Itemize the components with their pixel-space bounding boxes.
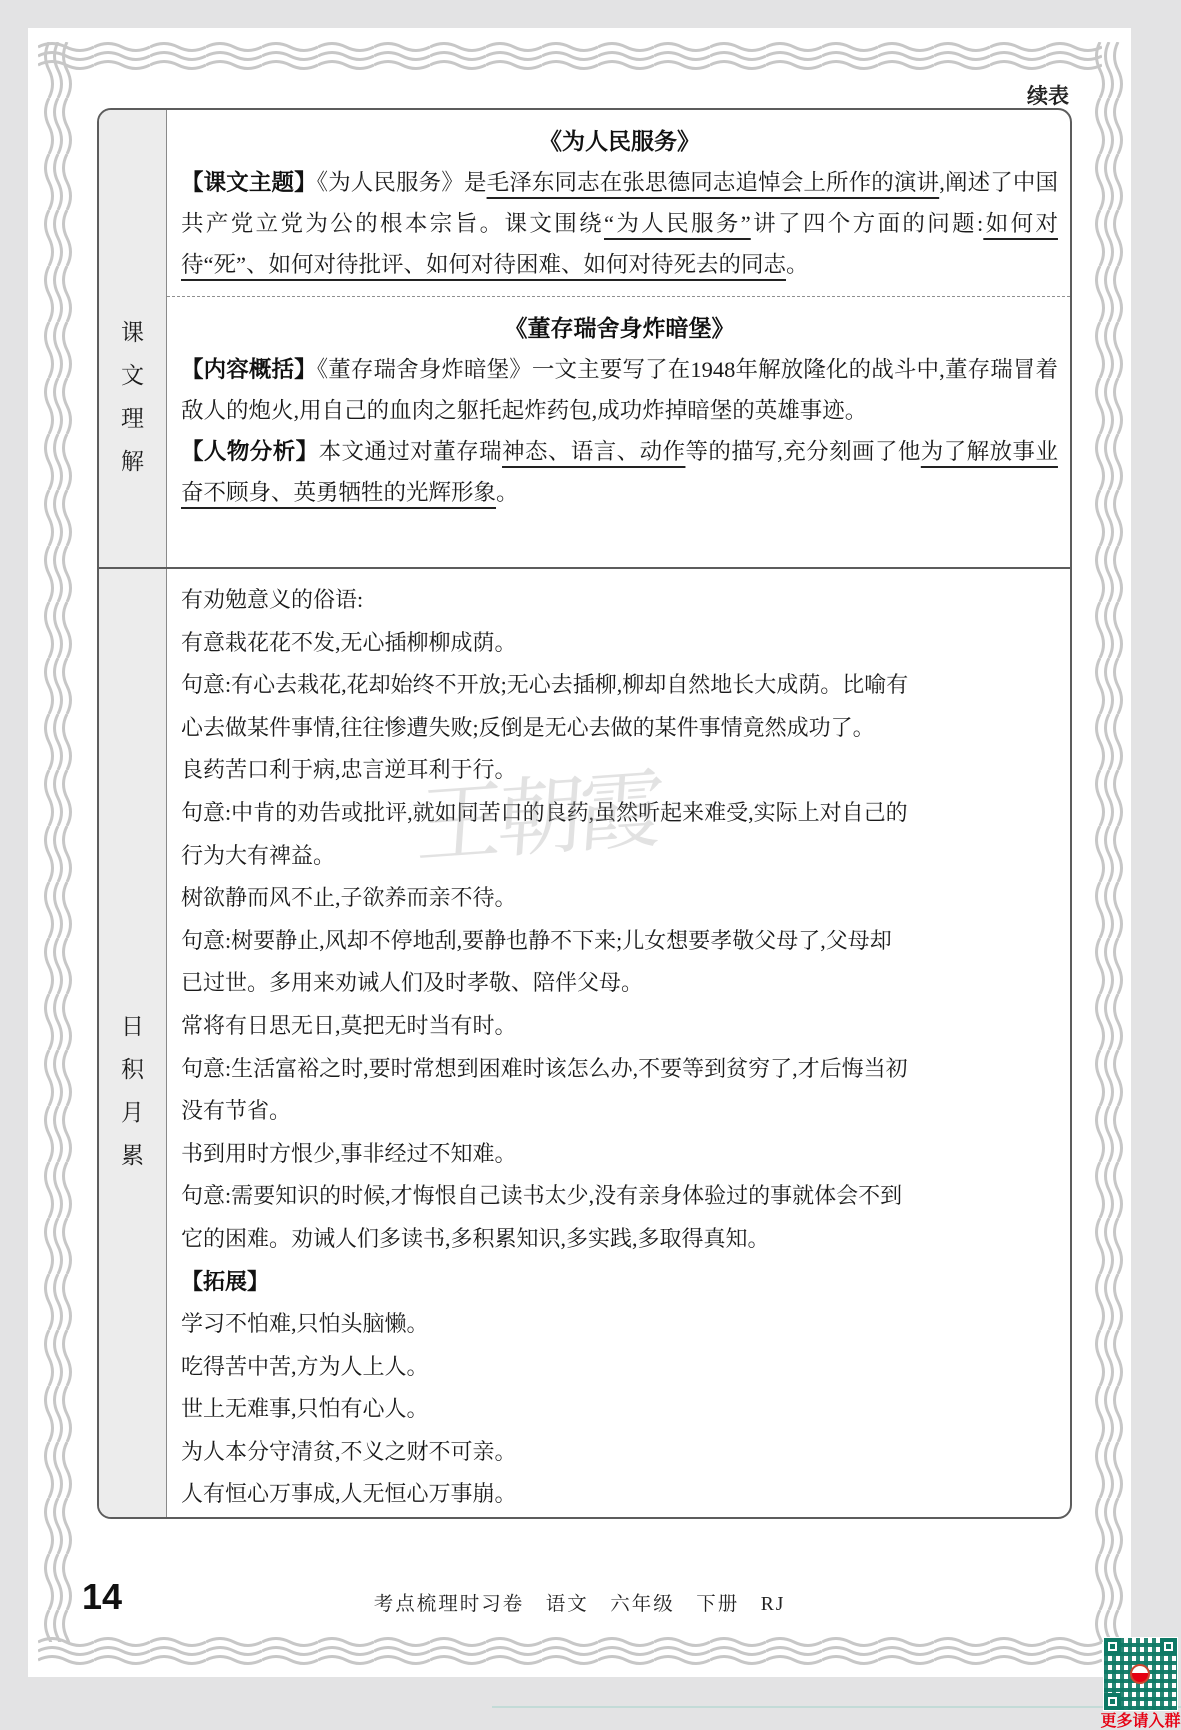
proverb-line: 树欲静而风不止,子欲养而亲不待。 bbox=[181, 877, 1058, 920]
accumulation-content: 有劝勉意义的俗语: 有意栽花花不发,无心插柳柳成荫。 句意:有心去栽花,花却始终… bbox=[167, 569, 1070, 1517]
workbook-page: 续表 课文理解 《为人民服务》 【课文主题】《为人民服务》是毛泽东同志在张思德同… bbox=[0, 0, 1181, 1730]
wavy-border-right-icon bbox=[1095, 42, 1125, 1642]
meaning-line: 句意:中肯的劝告或批评,就如同苦口的良药,虽然听起来难受,实际上对自己的 bbox=[181, 792, 1058, 835]
wavy-border-top-icon bbox=[38, 42, 1102, 72]
meaning-line: 心去做某件事情,往往惨遭失败;反倒是无心去做的某件事情竟然成功了。 bbox=[181, 707, 1058, 750]
tag-theme: 【课文主题】 bbox=[181, 170, 317, 195]
tag-summary: 【内容概括】 bbox=[181, 357, 317, 382]
continued-table-label: 续表 bbox=[1027, 80, 1069, 110]
analysis-text-2: 等的描写,充分刻画了他 bbox=[685, 439, 920, 464]
theme-underlined-1: 毛泽东同志在张思德同志追悼会上所作的演讲 bbox=[487, 170, 940, 195]
table-row-accumulation: 日积月累 有劝勉意义的俗语: 有意栽花花不发,无心插柳柳成荫。 句意:有心去栽花… bbox=[99, 567, 1070, 1517]
lesson-title-1: 《为人民服务》 bbox=[181, 120, 1058, 162]
theme-text-3: 讲了四个方面的问题: bbox=[751, 211, 984, 236]
row-label-cell: 日积月累 bbox=[99, 569, 167, 1517]
qr-finder-icon bbox=[1160, 1638, 1177, 1655]
meaning-line: 没有节省。 bbox=[181, 1090, 1058, 1133]
extension-line: 为人本分守清贫,不义之财不可亲。 bbox=[181, 1431, 1058, 1474]
proverb-line: 常将有日思无日,莫把无时当有时。 bbox=[181, 1005, 1058, 1048]
meaning-line: 已过世。多用来劝诫人们及时孝敬、陪伴父母。 bbox=[181, 962, 1058, 1005]
lesson-theme-paragraph: 【课文主题】《为人民服务》是毛泽东同志在张思德同志追悼会上所作的演讲,阐述了中国… bbox=[181, 162, 1058, 285]
meaning-line: 句意:需要知识的时候,才悔恨自己读书太少,没有亲身体验过的事就体会不到 bbox=[181, 1175, 1058, 1218]
wavy-border-bottom-icon bbox=[38, 1637, 1102, 1667]
theme-underlined-2: “为人民服务” bbox=[604, 211, 751, 236]
analysis-text-3: 。 bbox=[496, 480, 519, 505]
meaning-line: 行为大有禆益。 bbox=[181, 835, 1058, 878]
qr-center-logo-icon bbox=[1130, 1664, 1150, 1684]
analysis-text-1: 本文通过对董存瑞 bbox=[319, 439, 502, 464]
extension-line: 吃得苦中苦,方为人上人。 bbox=[181, 1346, 1058, 1389]
extension-line: 人有恒心万事成,人无恒心万事崩。 bbox=[181, 1473, 1058, 1516]
extension-line: 世上无难事,只怕有心人。 bbox=[181, 1388, 1058, 1431]
meaning-line: 它的困难。劝诫人们多读书,多积累知识,多实践,多取得真知。 bbox=[181, 1218, 1058, 1261]
content-summary-paragraph: 【内容概括】《董存瑞舍身炸暗堡》一文主要写了在1948年解放隆化的战斗中,董存瑞… bbox=[181, 349, 1058, 431]
review-table: 课文理解 《为人民服务》 【课文主题】《为人民服务》是毛泽东同志在张思德同志追悼… bbox=[97, 108, 1072, 1519]
row-label-cell: 课文理解 bbox=[99, 110, 167, 567]
proverb-line: 有意栽花花不发,无心插柳柳成荫。 bbox=[181, 622, 1058, 665]
bottom-edge-line bbox=[492, 1706, 1181, 1708]
proverb-line: 书到用时方恨少,事非经过不知难。 bbox=[181, 1133, 1058, 1176]
meaning-line: 句意:树要静止,风却不停地刮,要静也静不下来;儿女想要孝敬父母了,父母却 bbox=[181, 920, 1058, 963]
theme-text-4: 。 bbox=[786, 252, 809, 277]
tag-extension: 【拓展】 bbox=[181, 1261, 1058, 1304]
proverb-line: 良药苦口利于病,忠言逆耳利于行。 bbox=[181, 749, 1058, 792]
table-row-comprehension: 课文理解 《为人民服务》 【课文主题】《为人民服务》是毛泽东同志在张思德同志追悼… bbox=[99, 110, 1070, 567]
row-label-accumulation: 日积月累 bbox=[121, 1005, 145, 1177]
qr-finder-icon bbox=[1104, 1638, 1121, 1655]
wavy-border-left-icon bbox=[44, 42, 74, 1642]
analysis-underlined-1: 神态、语言、动作 bbox=[502, 439, 685, 464]
extension-line: 学习不怕难,只怕头脑懒。 bbox=[181, 1303, 1058, 1346]
page-sheet: 续表 课文理解 《为人民服务》 【课文主题】《为人民服务》是毛泽东同志在张思德同… bbox=[28, 28, 1131, 1677]
tag-analysis: 【人物分析】 bbox=[181, 439, 319, 464]
character-analysis-paragraph: 【人物分析】本文通过对董存瑞神态、语言、动作等的描写,充分刻画了他为了解放事业奋… bbox=[181, 431, 1058, 513]
footer-book-info: 考点梳理时习卷 语文 六年级 下册 RJ bbox=[28, 1588, 1131, 1616]
qr-caption: 更多请入群 bbox=[1098, 1708, 1181, 1730]
proverb-intro: 有劝勉意义的俗语: bbox=[181, 579, 1058, 622]
meaning-line: 句意:生活富裕之时,要时常想到困难时该怎么办,不要等到贫穷了,才后悔当初 bbox=[181, 1048, 1058, 1091]
theme-text-1: 《为人民服务》是 bbox=[317, 170, 487, 195]
qr-code bbox=[1104, 1638, 1177, 1710]
meaning-line: 句意:有心去栽花,花却始终不开放;无心去插柳,柳却自然地长大成荫。比喻有 bbox=[181, 664, 1058, 707]
dashed-divider bbox=[167, 296, 1070, 297]
comprehension-content: 《为人民服务》 【课文主题】《为人民服务》是毛泽东同志在张思德同志追悼会上所作的… bbox=[167, 110, 1070, 567]
row-label-comprehension: 课文理解 bbox=[121, 311, 145, 483]
lesson-title-2: 《董存瑞舍身炸暗堡》 bbox=[181, 307, 1058, 349]
